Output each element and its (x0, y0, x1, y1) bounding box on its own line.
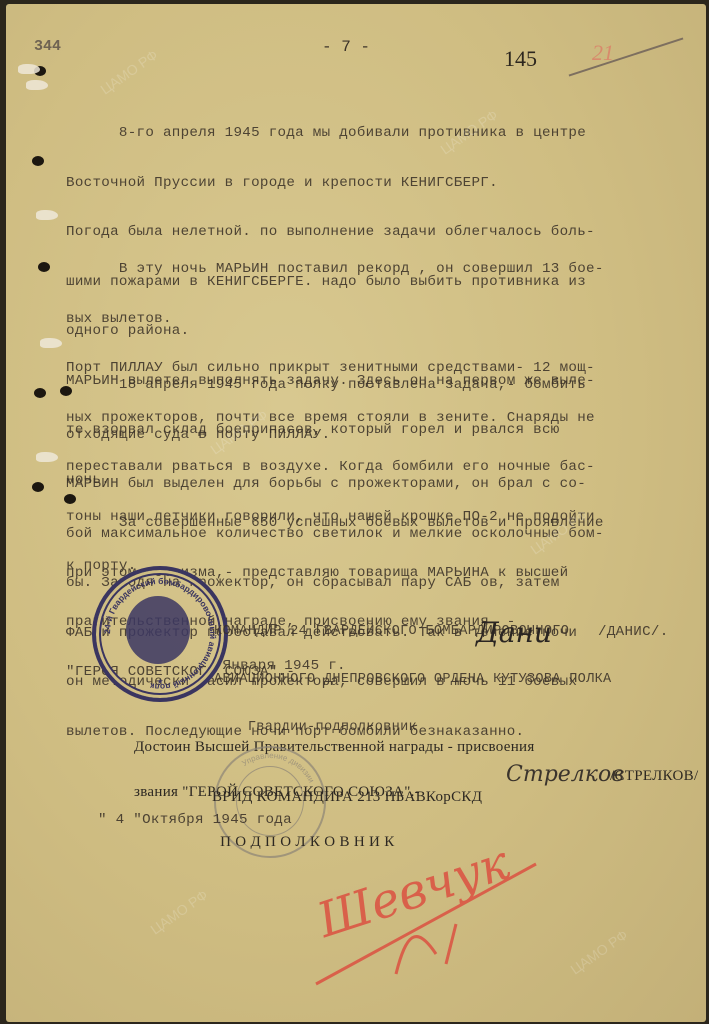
document-page: 344 - 7 - 145 21 8-го апреля 1945 года м… (6, 4, 706, 1022)
text-line: За совершенные 650 успешных боевых вылет… (66, 515, 604, 532)
resolution-name: /СТРЕЛКОВ/ (610, 768, 698, 785)
strike-line (569, 38, 684, 77)
paper-tear (18, 64, 40, 74)
text-line: ВРИД КОМАНДИРА 213 НБАВКорСКД (212, 790, 482, 805)
resolution-date: " 4 "Октября 1945 года (98, 812, 292, 829)
paper-tear (26, 80, 48, 90)
watermark: ЦАМО РФ (567, 927, 630, 978)
regiment-seal-stamp: 24-й Гвардейский бомбардировочный авиаци… (92, 566, 228, 702)
page-number: - 7 - (322, 38, 370, 56)
text-line: отходящие суда в порту ПИЛЛАУ. (66, 427, 604, 444)
commander-signature: Дани (476, 616, 552, 649)
text-line: 8-го апреля 1945 года мы добивали против… (66, 125, 595, 142)
text-line: вых вылетов. (66, 311, 604, 328)
text-line: 18 апреля 1945 года полку поставлена зад… (66, 377, 604, 394)
watermark: ЦАМО РФ (97, 47, 160, 98)
paper-tear (40, 338, 62, 348)
seal-ring-text: 24-й Гвардейский бомбардировочный авиаци… (96, 570, 224, 698)
svg-text:24-й Гвардейский бомбардировоч: 24-й Гвардейский бомбардировочный авиаци… (102, 576, 218, 692)
red-pencil-signature: Шевчук (306, 804, 546, 994)
text-line: Восточной Пруссии в городе и крепости КЕ… (66, 175, 595, 192)
binder-hole (32, 482, 44, 492)
binder-hole (38, 262, 50, 272)
svg-text:★: ★ (157, 676, 164, 688)
binder-hole (34, 388, 46, 398)
binder-hole (32, 156, 44, 166)
sheet-number: 145 (504, 46, 537, 72)
watermark: ЦАМО РФ (147, 887, 210, 938)
paper-tear (36, 210, 58, 220)
text-line: В эту ночь МАРЬИН поставил рекорд , он с… (66, 261, 604, 278)
commander-name: /ДАНИС/. (598, 624, 669, 641)
commander-date: Января 1945 г. (196, 658, 346, 675)
resolution-signature: Стрелков (506, 762, 624, 787)
paper-tear (36, 452, 58, 462)
text-line: Достоин Высшей Правительственной награды… (134, 740, 535, 755)
archive-number: 344 (34, 38, 61, 55)
